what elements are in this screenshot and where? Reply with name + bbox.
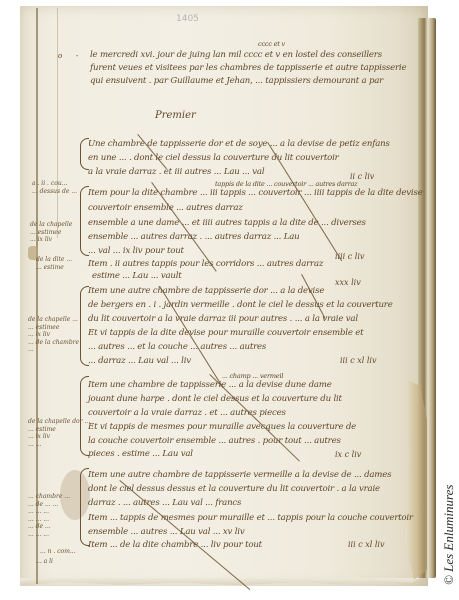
entry-1-margin-note: a . ii . cou... ... dessus de ... bbox=[32, 180, 77, 195]
lower-margin-note-1: ... n . com... bbox=[40, 548, 76, 556]
header-superscript: cccc et v bbox=[258, 40, 285, 48]
margin-dot: o bbox=[58, 52, 62, 60]
entry-4-line-3: du lit couvertoir a la vraie darraz iii … bbox=[88, 314, 358, 324]
entry-4-line-6: ... darraz ... Lau val ... liv bbox=[88, 356, 191, 366]
entry-3-margin-note: de la dite ... ... estime bbox=[36, 256, 72, 271]
entry-3-line-2: estime ... Lau ... vault bbox=[92, 271, 182, 281]
entry-1-line-3: a la vraie darraz . et iii autres ... La… bbox=[88, 167, 264, 177]
entry-6-line-3: darraz . ... autres ... Lau val ... fran… bbox=[88, 498, 241, 508]
entry-4-line-5: ... autres ... et la couche ... autres .… bbox=[88, 342, 266, 352]
header-line-2: furent veues et visitees par les chambre… bbox=[90, 63, 406, 73]
entry-4-line-2: de bergers en . i . jardin vermeille . d… bbox=[88, 300, 393, 310]
entry-5-line-1: Item une chambre de tappisserie ... a la… bbox=[88, 380, 332, 390]
entry-2-line-3: ensemble a une dame ... et iiii autres t… bbox=[88, 218, 366, 228]
header-line-3: qui ensuivent . par Guillaume et Jehan, … bbox=[90, 76, 383, 86]
entry-3-sum: xxx liv bbox=[335, 278, 361, 287]
secondary-fold-line bbox=[57, 8, 58, 238]
entry-6-line-5: ensemble ... autres ... Lau val ... xv l… bbox=[88, 527, 245, 537]
entry-5-interlinear: ... champ ... vermeil bbox=[222, 372, 283, 380]
entry-6-sum: iii c xl liv bbox=[348, 540, 385, 549]
entry-6-line-4: Item ... tappis de mesmes pour muraille … bbox=[88, 513, 413, 523]
entry-2-line-1: Item pour la dite chambre ... iii tappis… bbox=[88, 188, 423, 198]
entry-1-line-2: en une ... . dont le ciel dessus la couv… bbox=[88, 153, 339, 163]
entry-5-line-3: couvertoir a la vraie darraz . et ... au… bbox=[88, 408, 286, 418]
entry-5-line-2: jouant dune harpe . dont le ciel dessus … bbox=[88, 394, 342, 404]
entry-4-line-1: Item une autre chambre de tappisserie do… bbox=[88, 286, 324, 296]
entry-4-margin-note: de la chapelle ... ... estimee ... ix li… bbox=[28, 316, 79, 354]
entry-5-line-4: Et vi tappis de mesmes pour muraille ave… bbox=[88, 422, 356, 432]
entry-2-interlinear: tappis de la dite ... couvertoir ... aut… bbox=[215, 180, 357, 188]
header-line-1: le mercredi xvi. jour de juing lan mil c… bbox=[90, 50, 382, 60]
section-heading: Premier bbox=[155, 110, 196, 121]
entry-1-line-1: Une chambre de tappisserie dor et de soy… bbox=[88, 139, 390, 149]
entry-2-line-5: ... val ... ix liv pour tout bbox=[88, 246, 184, 256]
pencil-folio-number: 1405 bbox=[176, 14, 199, 24]
margin-dash: - bbox=[76, 52, 78, 60]
entry-2-line-2: couvertoir ensemble ... autres darraz bbox=[88, 203, 243, 213]
entry-6-margin-note: ... chambre ... ... de ... ... ... ... .… bbox=[28, 493, 70, 538]
entry-4-sum: iii c xl liv bbox=[340, 356, 377, 365]
entry-3-line-1: Item . ii autres tappis pour les corrido… bbox=[88, 259, 323, 269]
entry-2-margin-note: de la chapelle ... estimee ... ix liv bbox=[30, 221, 72, 244]
entry-5-margin-note: de la chapelle dor ... ... estime ... ix… bbox=[28, 418, 90, 448]
entry-6-line-6: Item ... de la dite chambre ... liv pour… bbox=[88, 540, 262, 550]
lower-margin-note-2: ... a li bbox=[36, 558, 53, 566]
entry-bracket bbox=[80, 286, 89, 366]
entry-5-line-5: la couche couvertoir ensemble ... autres… bbox=[88, 436, 341, 446]
entry-6-line-1: Item une autre chambre de tappisserie ve… bbox=[88, 470, 391, 480]
copyright-watermark: © Les Enluminures bbox=[441, 485, 457, 585]
entry-5-sum: ix c liv bbox=[335, 450, 361, 459]
entry-4-line-4: Et vi tappis de la dite devise pour mura… bbox=[88, 328, 363, 338]
entry-5-line-6: pieces . estime ... Lau val bbox=[88, 449, 193, 459]
